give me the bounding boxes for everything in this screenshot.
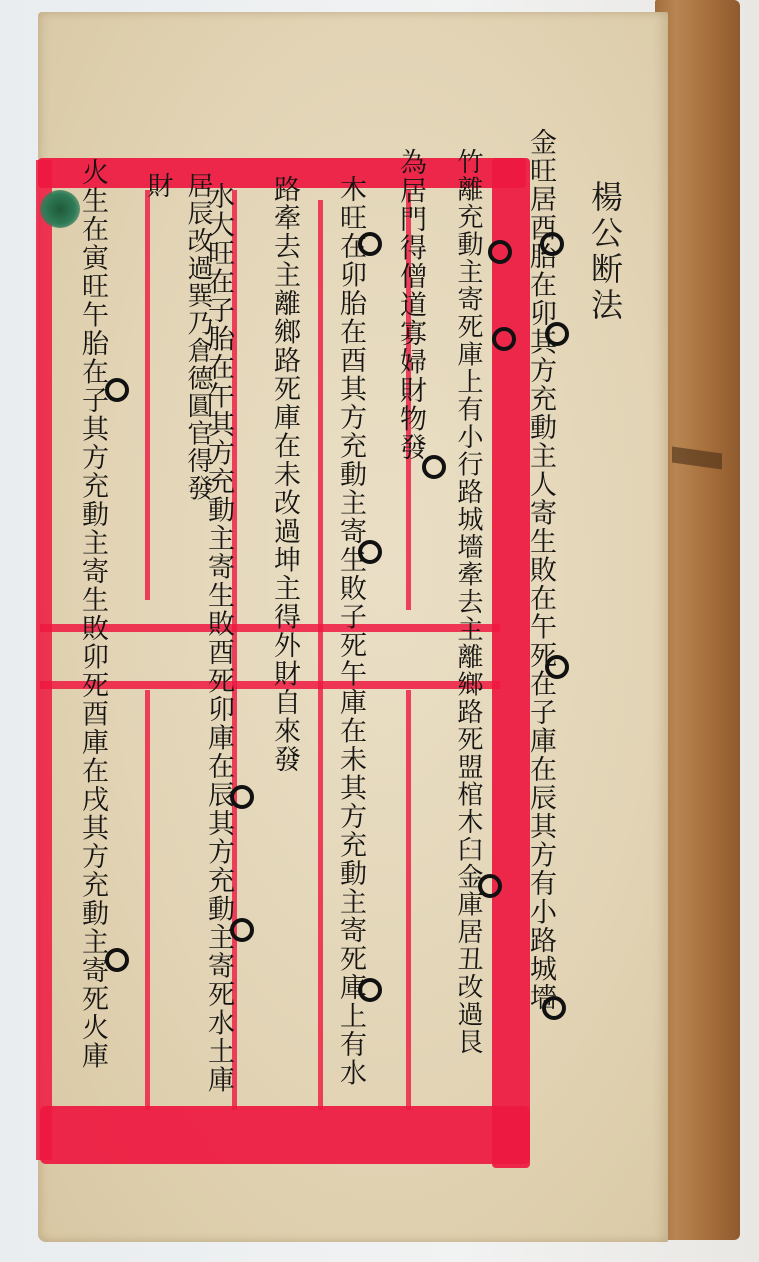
- ink-circle-mark: [492, 327, 516, 351]
- red-frame-left: [36, 160, 52, 1160]
- ink-circle-mark: [105, 948, 129, 972]
- red-rule-vertical: [318, 200, 323, 1110]
- text-column-3: 為居門得僧道寡婦財物發: [390, 148, 430, 488]
- ink-circle-mark: [358, 978, 382, 1002]
- ink-circle-mark: [488, 240, 512, 264]
- ink-circle-mark: [540, 232, 564, 256]
- red-rule-vertical: [406, 690, 411, 1110]
- text-column-2: 竹離充動主寄死庫上有小行路城墻牽去主離鄉路死盟棺木臼金庫居丑改過艮: [446, 148, 490, 1098]
- document-title: 楊公断法: [582, 180, 628, 324]
- text-column-7: 居辰改過巽乃倉德圓官得發財: [138, 172, 218, 512]
- ink-circle-mark: [358, 232, 382, 256]
- ink-circle-mark: [545, 655, 569, 679]
- ink-circle-mark: [422, 455, 446, 479]
- ink-circle-mark: [542, 996, 566, 1020]
- text-column-1: 金旺居酉胎在卯其方充動主人寄生敗在午死在子庫在辰其方有小路城墻: [518, 128, 562, 1088]
- ink-circle-mark: [105, 378, 129, 402]
- ink-circle-mark: [478, 874, 502, 898]
- ink-circle-mark: [230, 918, 254, 942]
- ink-circle-mark: [545, 322, 569, 346]
- text-column-5: 路牽去主離鄉路死庫在未改過坤主得外財自來發: [262, 175, 306, 785]
- ink-circle-mark: [358, 540, 382, 564]
- text-column-8: 火生在寅旺午胎在子其方充動主寄生敗卯死酉庫在戌其方充動主寄死火庫: [70, 158, 114, 1128]
- red-rule-vertical: [145, 690, 150, 1110]
- ink-circle-mark: [230, 785, 254, 809]
